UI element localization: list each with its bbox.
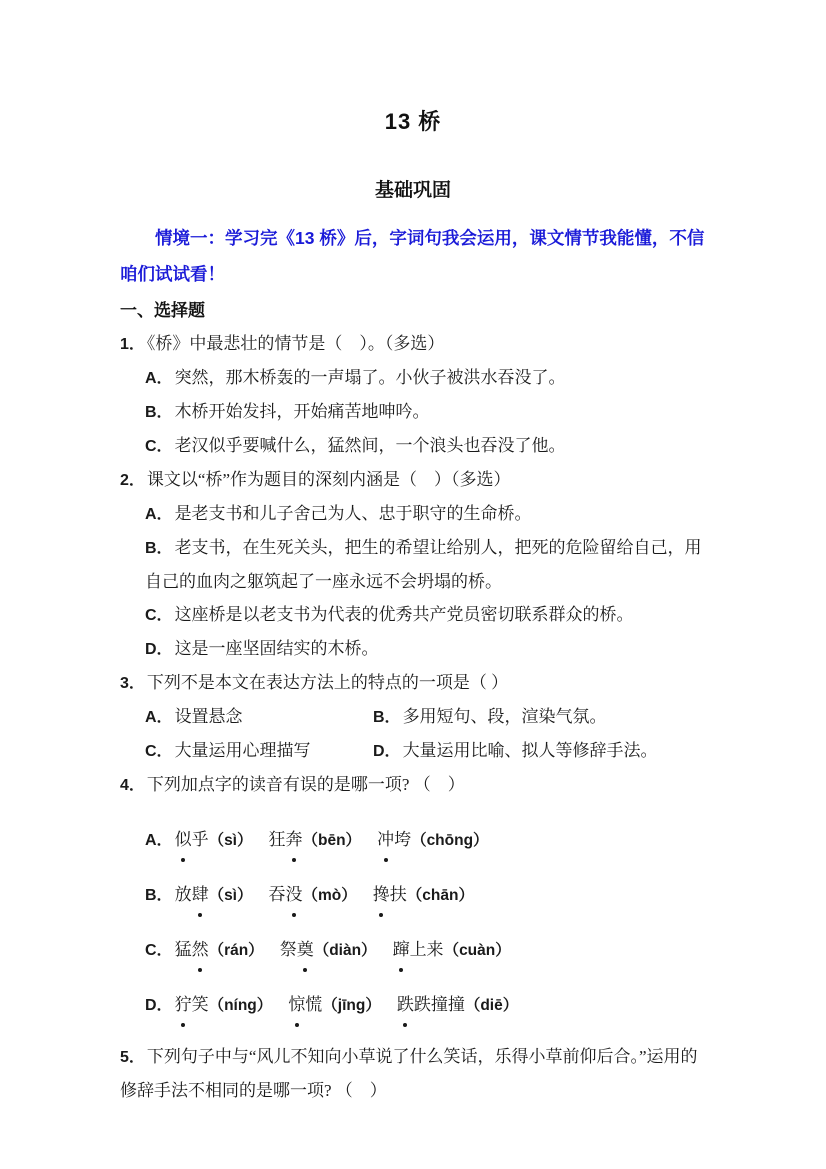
question-5-stem: 5．下列句子中与“风儿不知向小草说了什么笑话，乐得小草前仰后合。”运用的修辞手法… <box>120 1040 706 1107</box>
question-1-text: 《桥》中最悲壮的情节是（ ）。（多选） <box>147 334 445 353</box>
dotted-word: 猛然（rán） <box>175 940 264 959</box>
question-2-option-d: D．这是一座坚固结实的木桥。 <box>145 632 706 666</box>
option-letter: D． <box>145 641 175 658</box>
question-1-option-c: C．老汉似乎要喊什么，猛然间，一个浪头也吞没了他。 <box>145 429 706 463</box>
word-pre: 放 <box>175 885 192 904</box>
question-4: 4．下列加点字的读音有误的是哪一项? （ ） A．似乎（sì）狂奔（bēn）冲垮… <box>120 768 706 1022</box>
question-3-option-a: A．设置悬念 <box>145 700 373 734</box>
question-3-option-c: C．大量运用心理描写 <box>145 734 373 768</box>
pinyin: （rán） <box>209 942 264 959</box>
dotted-word: 祭奠（diàn） <box>280 940 377 959</box>
dotted-character: 狞 <box>175 988 192 1021</box>
word-post: 乎 <box>192 830 209 849</box>
word-pre: 吞 <box>269 885 286 904</box>
question-3-option-b: B．多用短句、段，渲染气氛。 <box>373 700 607 734</box>
question-4-option-b: B．放肆（sì）吞没（mò）搀扶（chān） <box>145 878 706 912</box>
question-3-number: 3． <box>120 675 147 692</box>
dotted-word: 似乎（sì） <box>175 830 253 849</box>
option-text: 木桥开始发抖，开始痛苦地呻吟。 <box>175 402 430 421</box>
question-4-text: 下列加点字的读音有误的是哪一项? （ ） <box>147 775 465 794</box>
word-pre: 狂 <box>269 830 286 849</box>
question-2-option-c: C．这座桥是以老支书为代表的优秀共产党员密切联系群众的桥。 <box>145 598 706 632</box>
dotted-word: 跌跌撞撞（diē） <box>397 995 518 1014</box>
option-text: 设置悬念 <box>175 707 243 726</box>
dotted-word: 狂奔（bēn） <box>269 830 362 849</box>
dotted-word: 吞没（mò） <box>269 885 357 904</box>
page-title: 13 桥 <box>120 106 706 138</box>
dotted-character: 似 <box>175 823 192 856</box>
dotted-character: 奠 <box>297 933 314 966</box>
option-text: 大量运用比喻、拟人等修辞手法。 <box>403 741 658 760</box>
dotted-character: 冲 <box>377 823 394 856</box>
pinyin: （diē） <box>465 997 518 1014</box>
question-2-number: 2． <box>120 472 147 489</box>
dotted-word: 惊慌（jīng） <box>288 995 381 1014</box>
option-letter: C． <box>145 438 175 455</box>
word-post: 慌 <box>305 995 322 1014</box>
question-2-stem: 2．课文以“桥”作为题目的深刻内涵是（ ）（多选） <box>120 463 706 497</box>
dotted-word: 蹿上来（cuàn） <box>393 940 511 959</box>
option-text: 这是一座坚固结实的木桥。 <box>175 639 379 658</box>
pinyin: （cuàn） <box>444 942 511 959</box>
pinyin: （diàn） <box>314 942 377 959</box>
question-5-text: 下列句子中与“风儿不知向小草说了什么笑话，乐得小草前仰后合。”运用的修辞手法不相… <box>120 1047 698 1100</box>
option-text: 是老支书和儿子舍己为人、忠于职守的生命桥。 <box>175 504 532 523</box>
word-post: 上来 <box>410 940 444 959</box>
question-4-option-c: C．猛然（rán）祭奠（diàn）蹿上来（cuàn） <box>145 933 706 967</box>
question-1: 1．《桥》中最悲壮的情节是（ ）。（多选） A．突然，那木桥轰的一声塌了。小伙子… <box>120 327 706 463</box>
dotted-character: 没 <box>286 878 303 911</box>
question-3-options-row-2: C．大量运用心理描写 D．大量运用比喻、拟人等修辞手法。 <box>145 734 706 768</box>
word-pre: 猛 <box>175 940 192 959</box>
option-text: 大量运用心理描写 <box>175 741 311 760</box>
dotted-character: 然 <box>192 933 209 966</box>
question-1-option-b: B．木桥开始发抖，开始痛苦地呻吟。 <box>145 395 706 429</box>
option-letter: B． <box>145 404 175 421</box>
word-post: 扶 <box>390 885 407 904</box>
dotted-character: 惊 <box>288 988 305 1021</box>
word-post: 垮 <box>394 830 411 849</box>
question-4-option-a: A．似乎（sì）狂奔（bēn）冲垮（chōng） <box>145 823 706 857</box>
option-letter: C． <box>145 942 175 959</box>
pinyin: （níng） <box>209 997 273 1014</box>
dotted-character: 肆 <box>192 878 209 911</box>
part-heading: 一、选择题 <box>120 294 706 327</box>
question-3-stem: 3．下列不是本文在表达方法上的特点的一项是（ ） <box>120 666 706 700</box>
question-2-text: 课文以“桥”作为题目的深刻内涵是（ ）（多选） <box>147 470 511 489</box>
question-5-number: 5． <box>120 1049 147 1066</box>
pinyin: （chōng） <box>411 832 489 849</box>
question-2-option-a: A．是老支书和儿子舍己为人、忠于职守的生命桥。 <box>145 497 706 531</box>
option-text: 多用短句、段，渲染气氛。 <box>403 707 607 726</box>
option-letter: D． <box>145 997 175 1014</box>
option-text: 这座桥是以老支书为代表的优秀共产党员密切联系群众的桥。 <box>175 605 634 624</box>
option-letter: B． <box>373 709 403 726</box>
dotted-word: 狞笑（níng） <box>175 995 273 1014</box>
option-letter: C． <box>145 743 175 760</box>
dotted-character: 跌 <box>397 988 414 1021</box>
option-letter: A． <box>145 832 175 849</box>
pinyin: （mò） <box>303 887 357 904</box>
dotted-character: 奔 <box>286 823 303 856</box>
question-3-text: 下列不是本文在表达方法上的特点的一项是（ ） <box>147 673 508 692</box>
option-text: 老汉似乎要喊什么，猛然间，一个浪头也吞没了他。 <box>175 436 566 455</box>
scenario-note: 情境一：学习完《13 桥》后，字词句我会运用，课文情节我能懂，不信咱们试试看！ <box>120 220 706 292</box>
option-letter: A． <box>145 709 175 726</box>
question-3-options-row-1: A．设置悬念 B．多用短句、段，渲染气氛。 <box>145 700 706 734</box>
question-3-option-d: D．大量运用比喻、拟人等修辞手法。 <box>373 734 658 768</box>
question-4-number: 4． <box>120 777 147 794</box>
question-3: 3．下列不是本文在表达方法上的特点的一项是（ ） A．设置悬念 B．多用短句、段… <box>120 666 706 768</box>
question-2-option-b: B．老支书，在生死关头，把生的希望让给别人，把死的危险留给自己，用自己的血肉之躯… <box>145 531 706 598</box>
question-1-stem: 1．《桥》中最悲壮的情节是（ ）。（多选） <box>120 327 706 361</box>
word-post: 跌撞撞 <box>414 995 465 1014</box>
question-4-stem: 4．下列加点字的读音有误的是哪一项? （ ） <box>120 768 706 802</box>
worksheet-page: 13 桥 基础巩固 情境一：学习完《13 桥》后，字词句我会运用，课文情节我能懂… <box>0 0 826 1107</box>
dotted-word: 搀扶（chān） <box>373 885 474 904</box>
option-letter: A． <box>145 506 175 523</box>
option-text: 突然，那木桥轰的一声塌了。小伙子被洪水吞没了。 <box>175 368 566 387</box>
option-letter: A． <box>145 370 175 387</box>
option-letter: B． <box>145 540 175 557</box>
word-pre: 祭 <box>280 940 297 959</box>
option-text: 老支书，在生死关头，把生的希望让给别人，把死的危险留给自己，用自己的血肉之躯筑起… <box>145 538 702 591</box>
pinyin: （jīng） <box>322 997 381 1014</box>
dotted-character: 搀 <box>373 878 390 911</box>
pinyin: （sì） <box>209 832 253 849</box>
question-5: 5．下列句子中与“风儿不知向小草说了什么笑话，乐得小草前仰后合。”运用的修辞手法… <box>120 1040 706 1107</box>
pinyin: （chān） <box>407 887 474 904</box>
question-2: 2．课文以“桥”作为题目的深刻内涵是（ ）（多选） A．是老支书和儿子舍己为人、… <box>120 463 706 666</box>
option-letter: D． <box>373 743 403 760</box>
dotted-word: 冲垮（chōng） <box>377 830 489 849</box>
question-4-option-d: D．狞笑（níng）惊慌（jīng）跌跌撞撞（diē） <box>145 988 706 1022</box>
question-1-option-a: A．突然，那木桥轰的一声塌了。小伙子被洪水吞没了。 <box>145 361 706 395</box>
dotted-character: 蹿 <box>393 933 410 966</box>
dotted-word: 放肆（sì） <box>175 885 253 904</box>
option-letter: B． <box>145 887 175 904</box>
word-post: 笑 <box>192 995 209 1014</box>
pinyin: （bēn） <box>303 832 362 849</box>
pinyin: （sì） <box>209 887 253 904</box>
question-1-number: 1． <box>120 336 147 353</box>
option-letter: C． <box>145 607 175 624</box>
section-heading: 基础巩固 <box>120 178 706 204</box>
